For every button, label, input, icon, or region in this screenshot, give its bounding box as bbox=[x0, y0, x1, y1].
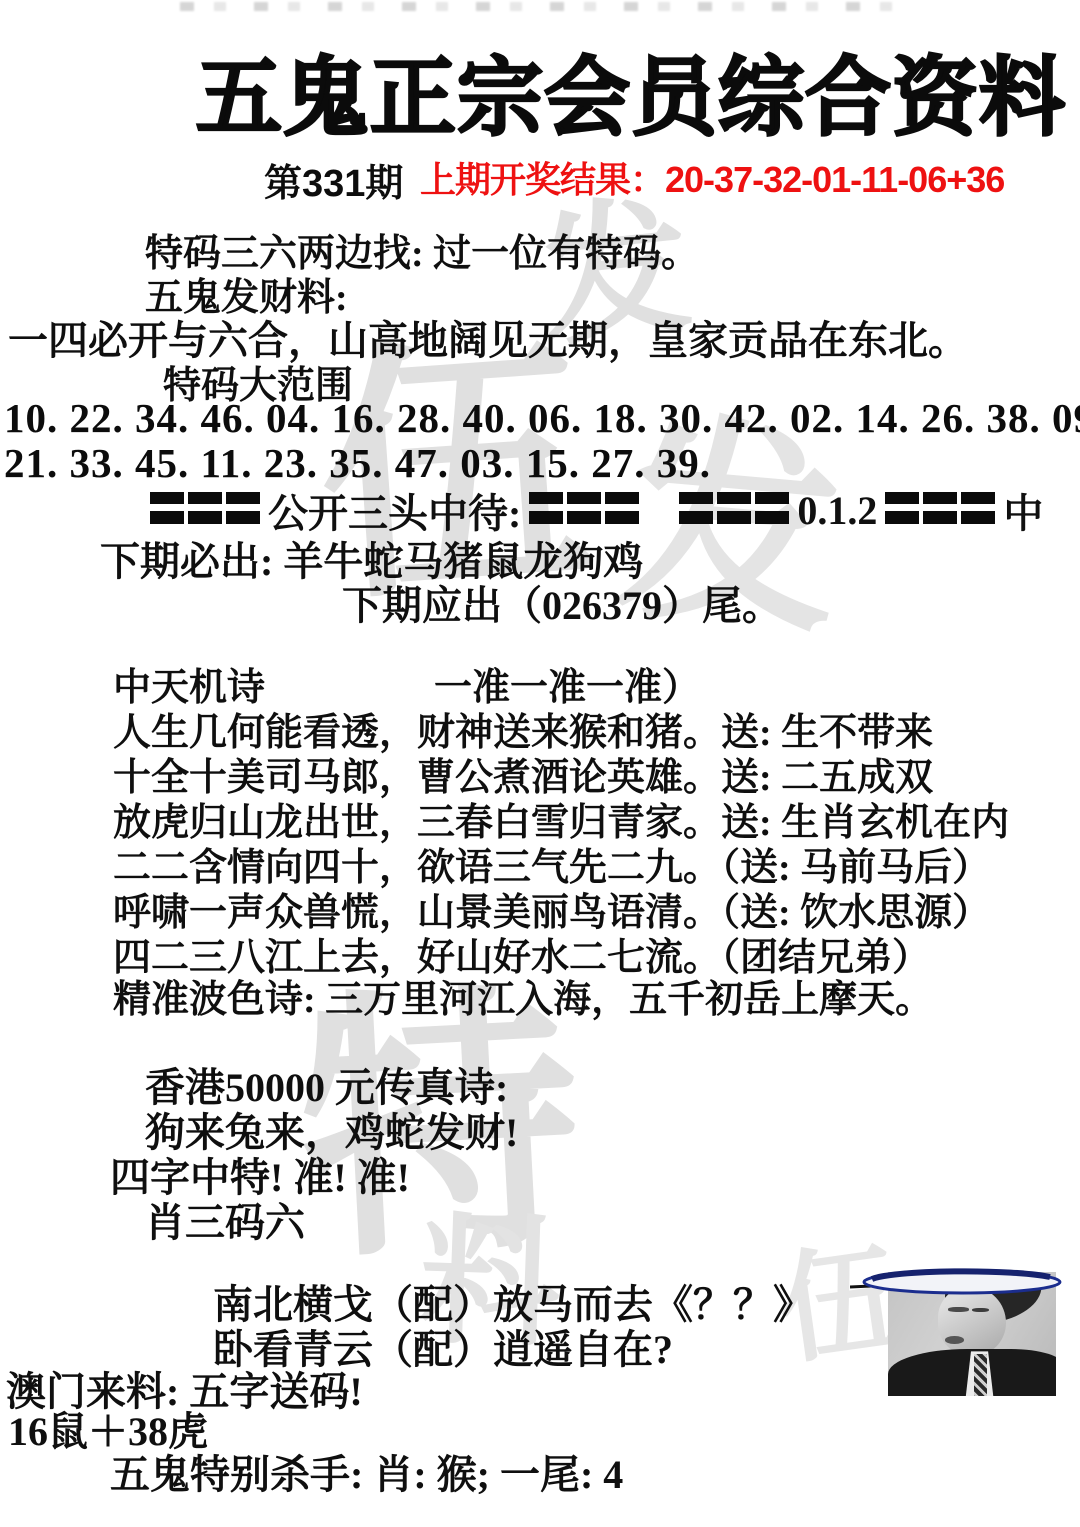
geta-block bbox=[677, 492, 791, 529]
lottery-tip-sheet: 发 伍 发 特 料 伍 五鬼正宗会员综合资料 第331期 上期开奖结果：20-3… bbox=[0, 0, 1080, 1527]
number-row-1: 10. 22. 34. 46. 04. 16. 28. 40. 06. 18. … bbox=[4, 394, 1080, 442]
geta-bar-icon bbox=[885, 492, 919, 524]
geta-block bbox=[148, 492, 262, 529]
geta-bar-icon bbox=[567, 492, 601, 524]
geta-bar-icon bbox=[755, 492, 789, 524]
geta-block bbox=[883, 492, 997, 529]
photo-mouth bbox=[945, 1336, 963, 1343]
poem-color-line: 精准波色诗: 三万里河江入海，五千初岳上摩天。 bbox=[113, 968, 933, 1023]
geta-bar-icon bbox=[529, 492, 563, 524]
geta-bar-icon bbox=[717, 492, 751, 524]
last-draw-numbers: 20-37-32-01-11-06+36 bbox=[665, 159, 1004, 200]
page-title: 五鬼正宗会员综合资料 bbox=[196, 28, 1066, 152]
three-heads-value: 0.1.2 bbox=[797, 487, 877, 534]
fax-zodiac: 肖三码六 bbox=[145, 1191, 305, 1248]
scan-noise bbox=[180, 2, 920, 11]
three-heads-suffix: 中 bbox=[1003, 482, 1043, 539]
killer-line: 五鬼特别杀手: 肖: 猴; 一尾: 4 bbox=[110, 1443, 623, 1500]
number-row-2: 21. 33. 45. 11. 23. 35. 47. 03. 15. 27. … bbox=[4, 439, 711, 487]
photo-eye bbox=[972, 1308, 989, 1312]
geta-bar-icon bbox=[150, 492, 184, 524]
geta-bar-icon bbox=[961, 492, 995, 524]
tip-fortune-verse: 一四必开与六合，山高地阔见无期，皇家贡品在东北。 bbox=[8, 309, 968, 366]
geta-bar-icon bbox=[923, 492, 957, 524]
photo-brow bbox=[948, 1307, 968, 1312]
geta-bar-icon bbox=[679, 492, 713, 524]
blue-arc-decoration bbox=[850, 1262, 1065, 1298]
geta-bar-icon bbox=[226, 492, 260, 524]
geta-bar-icon bbox=[188, 492, 222, 524]
geta-bar-icon bbox=[605, 492, 639, 524]
last-draw-label: 上期开奖结果： bbox=[420, 159, 665, 200]
last-draw-result: 上期开奖结果：20-37-32-01-11-06+36 bbox=[420, 152, 1004, 203]
photo-tie bbox=[974, 1354, 987, 1396]
geta-block bbox=[527, 492, 641, 529]
next-tails-line: 下期应出（026379）尾。 bbox=[342, 574, 782, 631]
issue-number: 第331期 bbox=[264, 152, 403, 207]
